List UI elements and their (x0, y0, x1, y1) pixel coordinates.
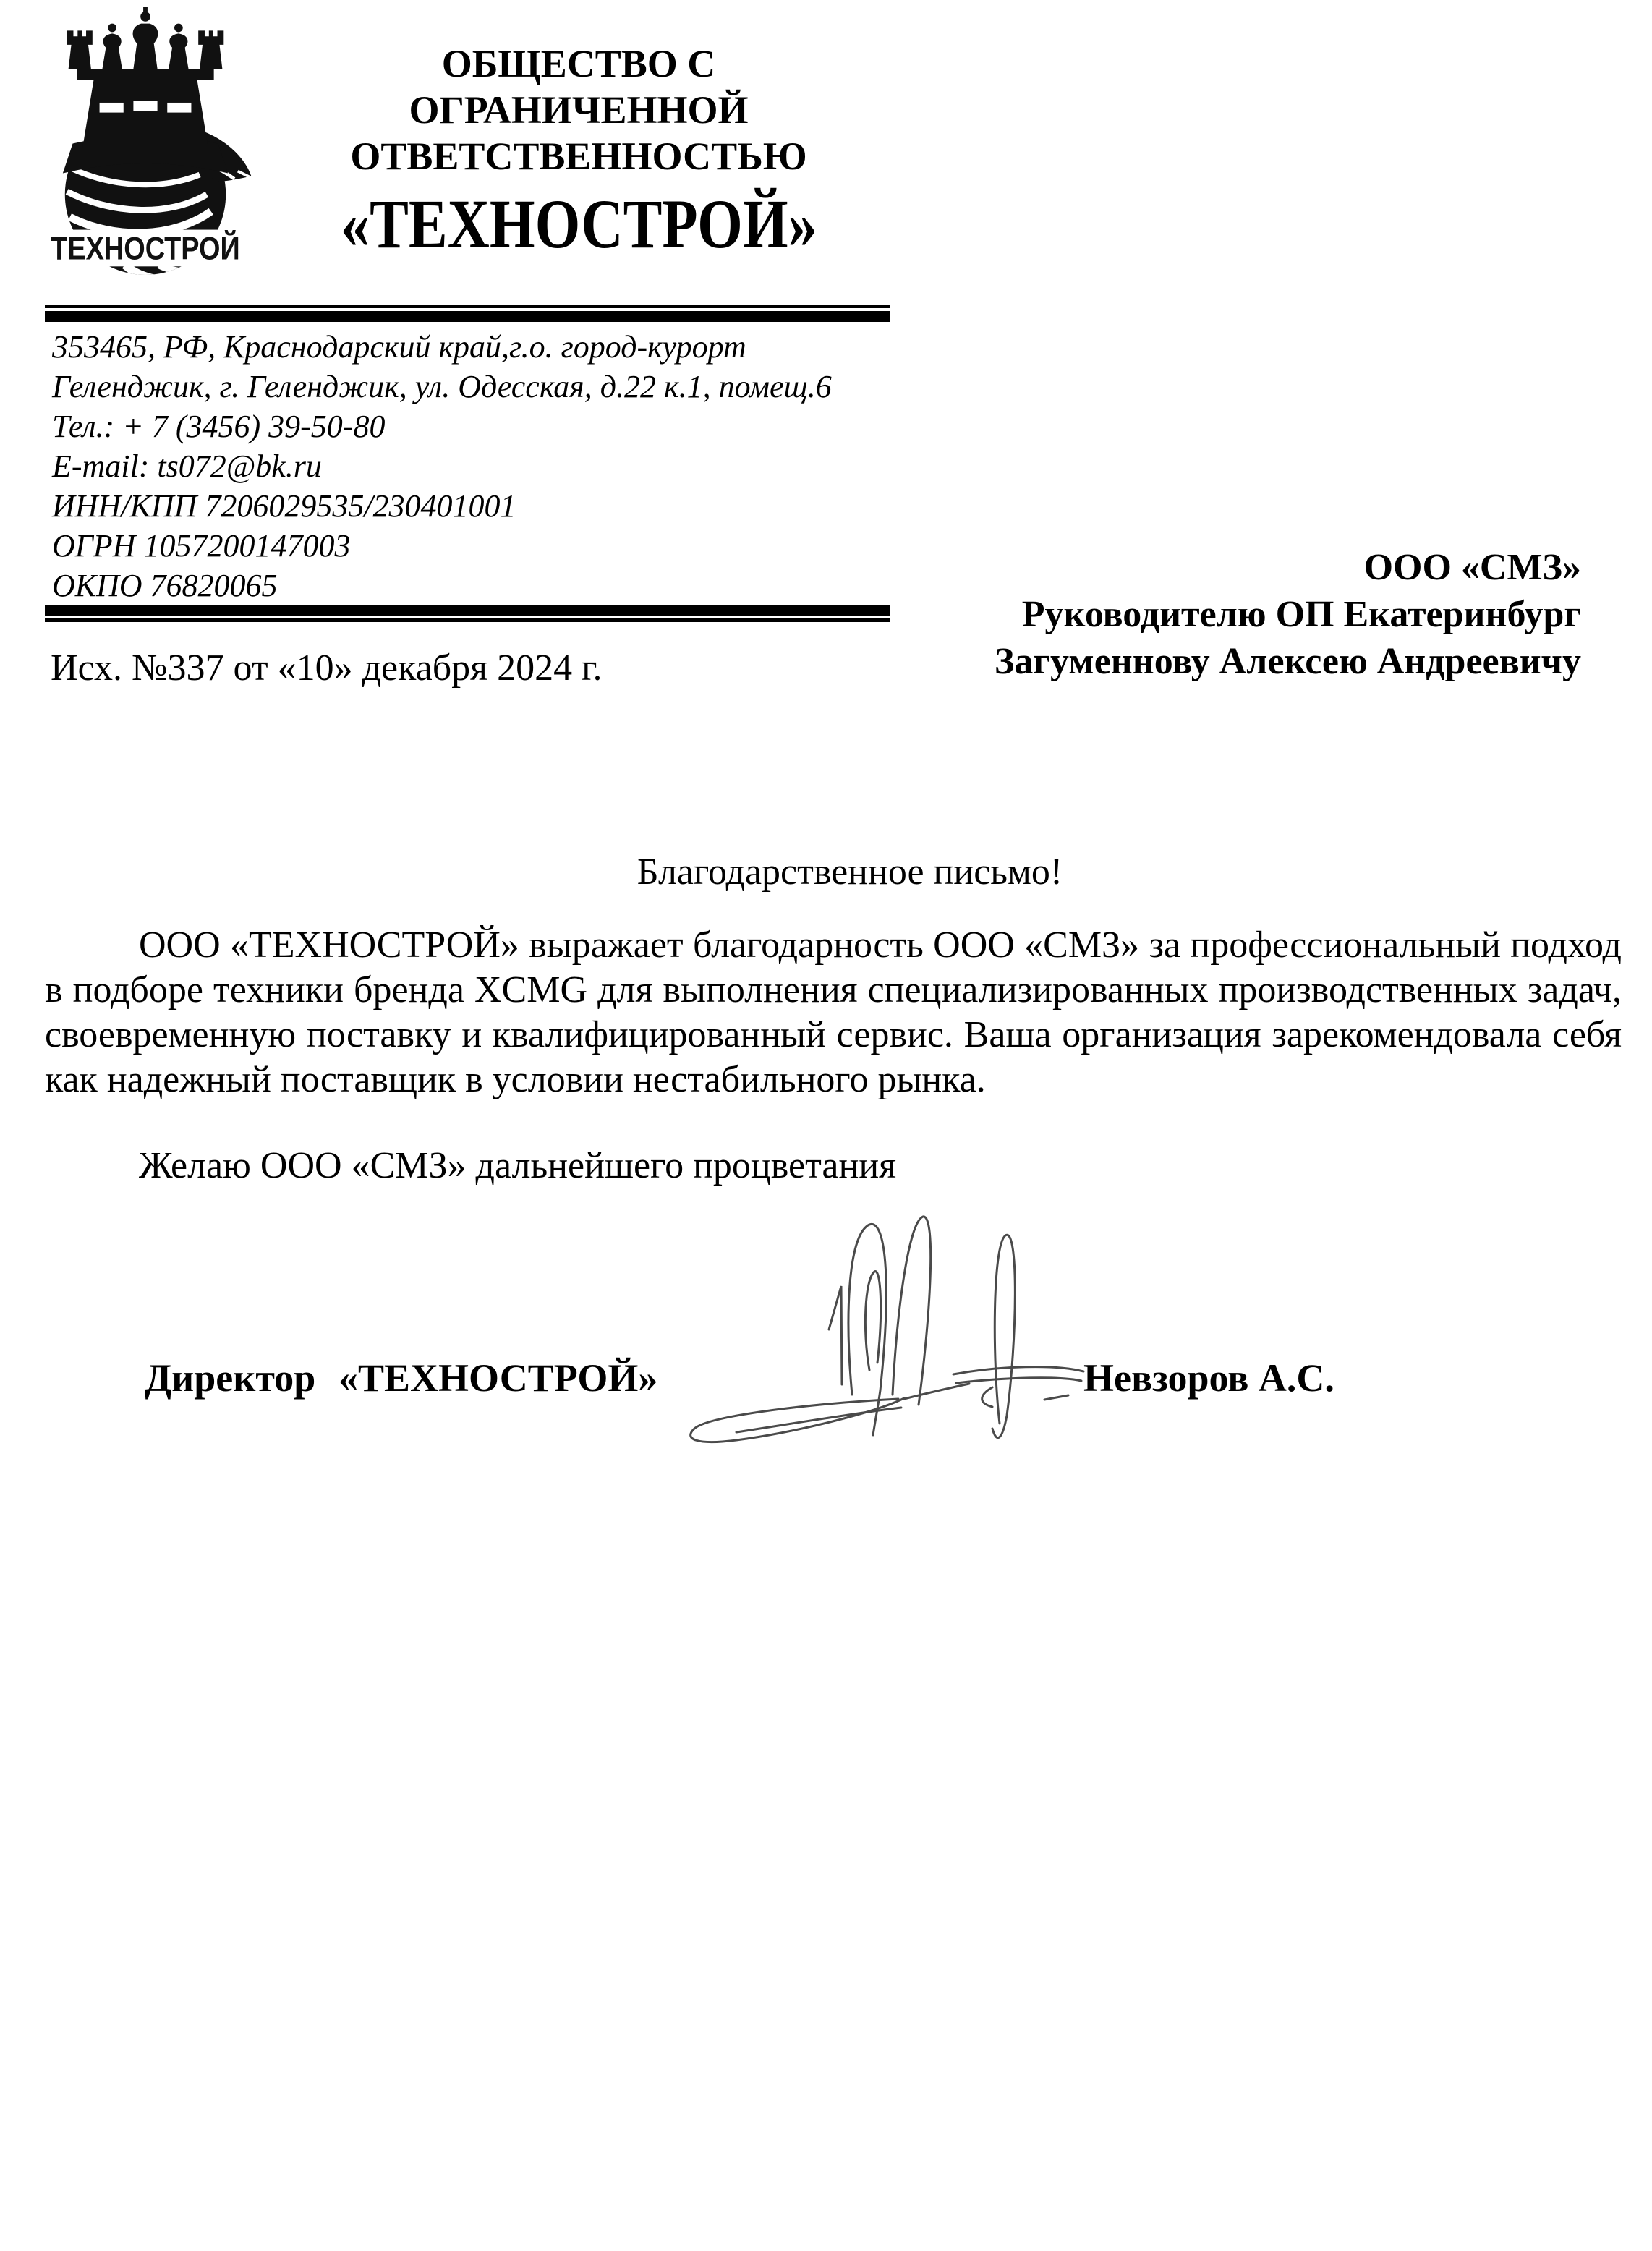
signer-name: Невзоров А.С. (1083, 1356, 1334, 1400)
letter-body: ООО «ТЕХНОСТРОЙ» выражает благодарность … (45, 923, 1622, 1102)
divider-bottom-thin (45, 618, 890, 622)
outgoing-reference: Исх. №337 от «10» декабря 2024 г. (51, 647, 603, 689)
recipient-position: Руководителю ОП Екатеринбург (788, 591, 1581, 638)
recipient-block: ООО «СМЗ» Руководителю ОП Екатеринбург З… (788, 544, 1581, 685)
contact-ogrn: ОГРН 1057200147003 (52, 526, 891, 566)
signer-position: Директор (145, 1356, 315, 1400)
org-name-line1: ОБЩЕСТВО С ОГРАНИЧЕННОЙ (275, 41, 882, 133)
contact-email: E-mail: ts072@bk.ru (52, 446, 891, 486)
org-title: «ТЕХНОСТРОЙ» (340, 187, 817, 262)
logo-text: ТЕХНОСТРОЙ (51, 230, 240, 267)
letter-title: Благодарственное письмо! (33, 851, 1624, 893)
recipient-company: ООО «СМЗ» (788, 544, 1581, 591)
signer-company: «ТЕХНОСТРОЙ» (339, 1356, 657, 1400)
contact-okpo: ОКПО 76820065 (52, 566, 891, 605)
contact-inn-kpp: ИНН/КПП 7206029535/230401001 (52, 486, 891, 526)
recipient-person: Загуменнову Алексею Андреевичу (788, 638, 1581, 685)
letter-page: ТЕХНОСТРОЙ ОБЩЕСТВО С ОГРАНИЧЕННОЙ ОТВЕТ… (0, 0, 1652, 2251)
contact-address-line1: 353465, РФ, Краснодарский край,г.о. горо… (52, 327, 891, 367)
castle-crown-icon (63, 7, 228, 173)
contact-phone: Тел.: + 7 (3456) 39-50-80 (52, 407, 891, 446)
org-header: ОБЩЕСТВО С ОГРАНИЧЕННОЙ ОТВЕТСТВЕННОСТЬЮ… (275, 41, 882, 262)
org-name-line2: ОТВЕТСТВЕННОСТЬЮ (275, 133, 882, 179)
contact-address-line2: Геленджик, г. Геленджик, ул. Одесская, д… (52, 367, 891, 407)
logo-banner: ТЕХНОСТРОЙ (38, 230, 254, 267)
technostroy-logo: ТЕХНОСТРОЙ (29, 4, 262, 285)
handwritten-signature (665, 1144, 1099, 1455)
divider-top-thin (45, 305, 890, 308)
divider-bottom-thick (45, 605, 890, 616)
letterhead-contacts: 353465, РФ, Краснодарский край,г.о. горо… (52, 327, 891, 605)
divider-top-thick (45, 311, 890, 322)
